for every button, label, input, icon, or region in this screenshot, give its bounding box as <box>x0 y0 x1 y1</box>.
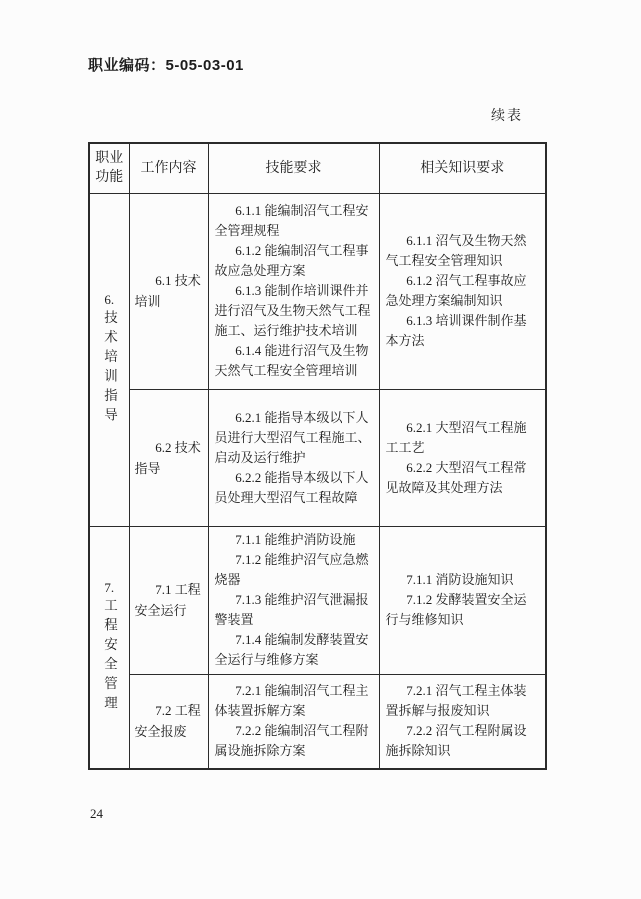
knowledge-item: 7.2.1 沼气工程主体装置拆解与报废知识 <box>386 681 540 721</box>
work-content-label: 7.2 工程安全报废 <box>135 700 203 742</box>
knowledge-item: 6.1.3 培训课件制作基本方法 <box>386 311 540 351</box>
column-header-knowledge-requirements: 相关知识要求 <box>379 143 546 193</box>
skill-item: 7.2.1 能编制沼气工程主体装置拆解方案 <box>215 681 373 721</box>
knowledge-requirements-cell-6-2: 6.2.1 大型沼气工程施工工艺 6.2.2 大型沼气工程常见故障及其处理方法 <box>379 389 546 526</box>
knowledge-requirements-cell-6-1: 6.1.1 沼气及生物天然气工程安全管理知识 6.1.2 沼气工程事故应急处理方… <box>379 193 546 389</box>
table-row: 7.2 工程安全报废 7.2.1 能编制沼气工程主体装置拆解方案 7.2.2 能… <box>89 674 546 769</box>
work-content-label: 7.1 工程安全运行 <box>135 579 203 621</box>
skill-item: 6.1.1 能编制沼气工程安全管理规程 <box>215 201 373 241</box>
skill-item: 7.1.4 能编制发酵装置安全运行与维修方案 <box>215 630 373 670</box>
skill-item: 6.1.2 能编制沼气工程事故应急处理方案 <box>215 241 373 281</box>
function-cell-7: 7. 工程安全管理 <box>89 526 129 769</box>
knowledge-requirements-cell-7-2: 7.2.1 沼气工程主体装置拆解与报废知识 7.2.2 沼气工程附属设施拆除知识 <box>379 674 546 769</box>
work-content-cell-6-2: 6.2 技术指导 <box>129 389 208 526</box>
function-label: 技术培训指导 <box>103 310 117 427</box>
knowledge-item: 6.1.1 沼气及生物天然气工程安全管理知识 <box>386 231 540 271</box>
skill-item: 7.2.2 能编制沼气工程附属设施拆除方案 <box>215 721 373 761</box>
function-cell-6: 6. 技术培训指导 <box>89 193 129 526</box>
function-label-group: 6. 技术培训指导 <box>90 292 129 427</box>
table-row: 6.2 技术指导 6.2.1 能指导本级以下人员进行大型沼气工程施工、启动及运行… <box>89 389 546 526</box>
function-label: 工程安全管理 <box>103 598 117 715</box>
skill-item: 6.1.4 能进行沼气及生物天然气工程安全管理培训 <box>215 341 373 381</box>
knowledge-requirements-cell-7-1: 7.1.1 消防设施知识 7.1.2 发酵装置安全运行与维修知识 <box>379 526 546 674</box>
table-header-row: 职业功能 工作内容 技能要求 相关知识要求 <box>89 143 546 193</box>
work-content-cell-7-2: 7.2 工程安全报废 <box>129 674 208 769</box>
knowledge-item: 6.1.2 沼气工程事故应急处理方案编制知识 <box>386 271 540 311</box>
occupation-standard-table: 职业功能 工作内容 技能要求 相关知识要求 6. 技术培训指导 6.1 技术培训 <box>88 142 547 770</box>
function-number: 7. <box>104 580 114 595</box>
skill-item: 7.1.1 能维护消防设施 <box>215 530 373 550</box>
skill-item: 7.1.3 能维护沼气泄漏报警装置 <box>215 590 373 630</box>
skill-requirements-cell-6-2: 6.2.1 能指导本级以下人员进行大型沼气工程施工、启动及运行维护 6.2.2 … <box>208 389 379 526</box>
table-row: 6. 技术培训指导 6.1 技术培训 6.1.1 能编制沼气工程安全管理规程 6… <box>89 193 546 389</box>
knowledge-item: 7.1.1 消防设施知识 <box>386 570 540 590</box>
work-content-label: 6.2 技术指导 <box>135 437 203 479</box>
skill-requirements-cell-7-1: 7.1.1 能维护消防设施 7.1.2 能维护沼气应急燃烧器 7.1.3 能维护… <box>208 526 379 674</box>
skill-requirements-cell-6-1: 6.1.1 能编制沼气工程安全管理规程 6.1.2 能编制沼气工程事故应急处理方… <box>208 193 379 389</box>
skill-item: 6.2.1 能指导本级以下人员进行大型沼气工程施工、启动及运行维护 <box>215 408 373 468</box>
occupation-code-label: 职业编码：5-05-03-01 <box>88 54 244 75</box>
knowledge-item: 7.2.2 沼气工程附属设施拆除知识 <box>386 721 540 761</box>
table-row: 7. 工程安全管理 7.1 工程安全运行 7.1.1 能维护消防设施 7.1.2… <box>89 526 546 674</box>
work-content-cell-6-1: 6.1 技术培训 <box>129 193 208 389</box>
knowledge-item: 6.2.2 大型沼气工程常见故障及其处理方法 <box>386 458 540 498</box>
knowledge-item: 7.1.2 发酵装置安全运行与维修知识 <box>386 590 540 630</box>
work-content-label: 6.1 技术培训 <box>135 270 203 312</box>
page-number: 24 <box>90 806 103 822</box>
skill-item: 6.2.2 能指导本级以下人员处理大型沼气工程故障 <box>215 468 373 508</box>
document-page: 职业编码：5-05-03-01 续表 职业功能 工作内容 技能要求 相关知识要求… <box>0 0 641 899</box>
column-header-work-content: 工作内容 <box>129 143 208 193</box>
continued-table-label: 续表 <box>491 105 523 125</box>
knowledge-item: 6.2.1 大型沼气工程施工工艺 <box>386 418 540 458</box>
skill-requirements-cell-7-2: 7.2.1 能编制沼气工程主体装置拆解方案 7.2.2 能编制沼气工程附属设施拆… <box>208 674 379 769</box>
function-label-group: 7. 工程安全管理 <box>90 580 129 715</box>
work-content-cell-7-1: 7.1 工程安全运行 <box>129 526 208 674</box>
column-header-function: 职业功能 <box>89 143 129 193</box>
function-number: 6. <box>104 292 114 307</box>
skill-item: 7.1.2 能维护沼气应急燃烧器 <box>215 550 373 590</box>
skill-item: 6.1.3 能制作培训课件并进行沼气及生物天然气工程施工、运行维护技术培训 <box>215 281 373 341</box>
column-header-skill-requirements: 技能要求 <box>208 143 379 193</box>
